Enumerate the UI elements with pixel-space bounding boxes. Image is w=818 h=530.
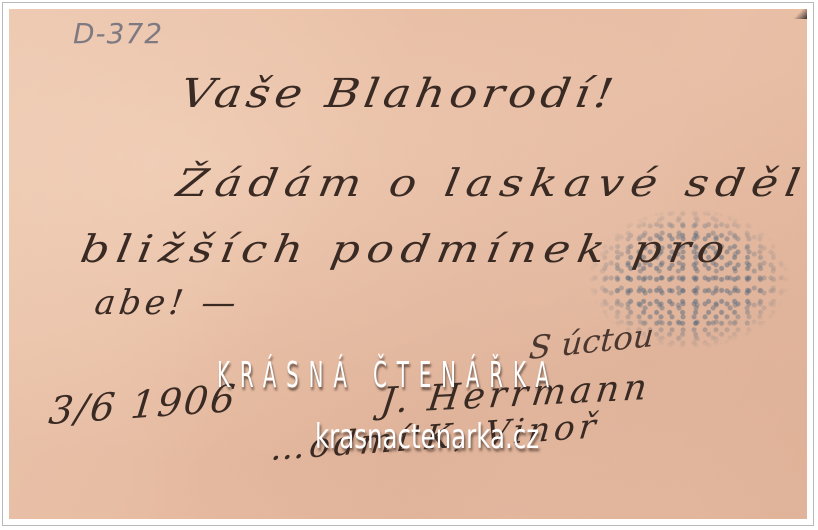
message-line-2: bližších podmínek pro — [77, 227, 735, 271]
card-corner-shadow — [793, 9, 807, 19]
watermark-url: krasnactenarka.cz — [315, 417, 539, 457]
handwritten-date: 3/6 1906 — [47, 376, 239, 433]
postcard: D-372 Vaše Blahorodí! Žádám o laskavé sd… — [9, 9, 807, 519]
watermark-title: KRÁSNÁ ČTENÁŘKA — [217, 355, 613, 396]
message-line-1: Žádám o laskavé sdělení — [173, 161, 807, 205]
message-line-3: abe! — — [92, 283, 242, 323]
salutation-line: Vaše Blahorodí! — [177, 71, 621, 117]
archive-code: D-372 — [73, 17, 163, 50]
